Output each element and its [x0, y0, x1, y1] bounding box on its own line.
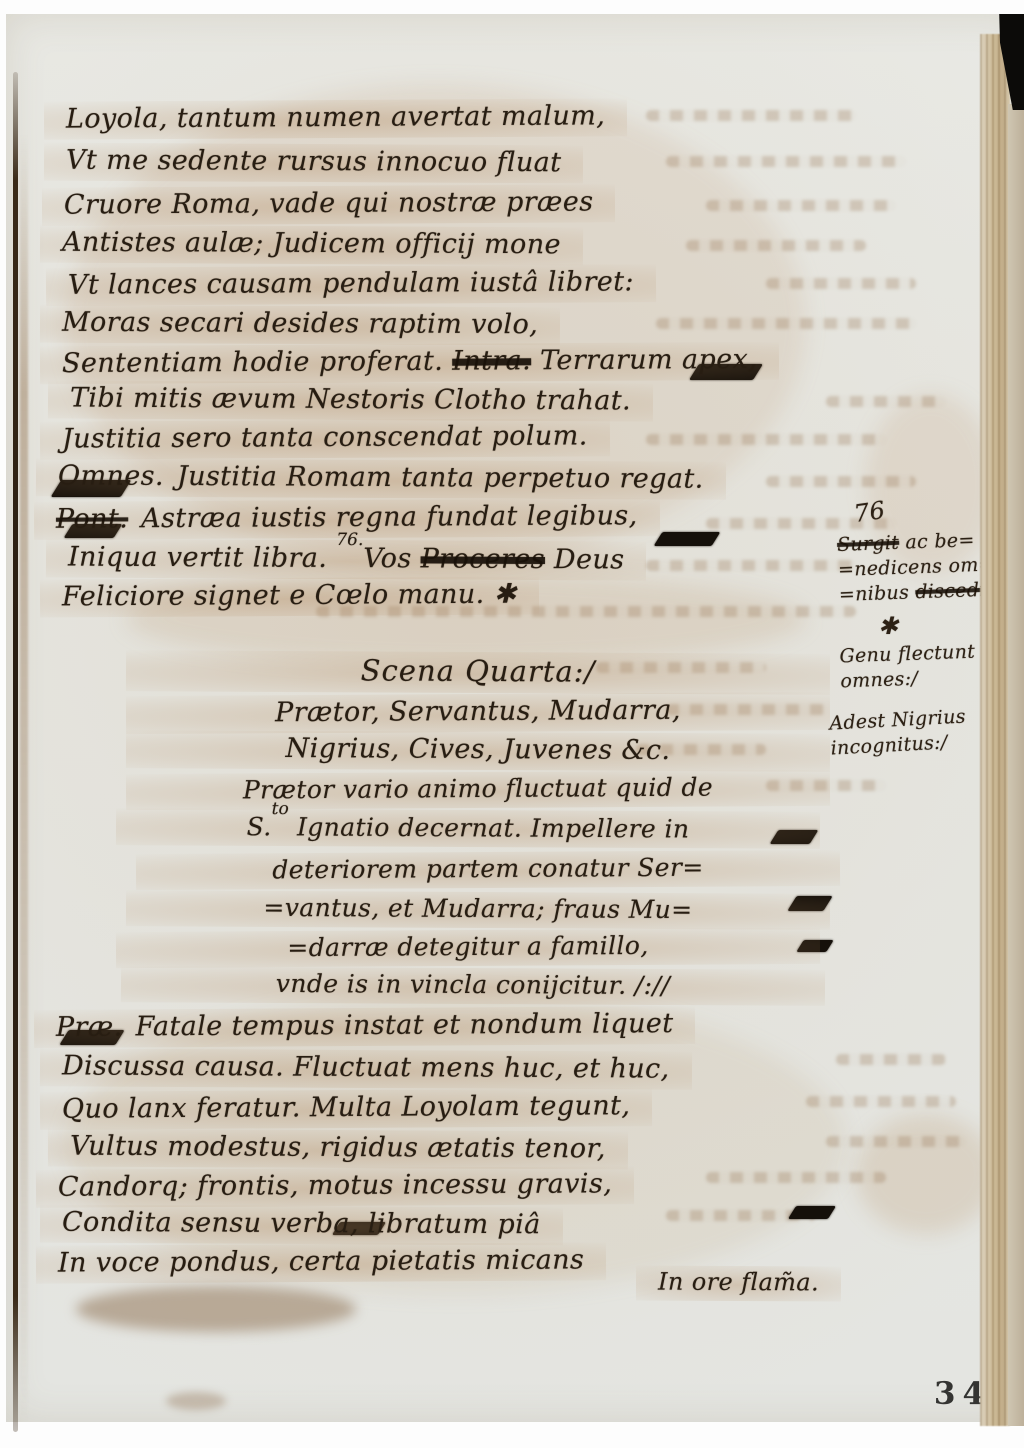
scene-heading: Scena Quarta:/ [126, 650, 830, 695]
ink-blot [654, 532, 721, 546]
synopsis-line: Prætor vario animo fluctuat quid de [126, 770, 830, 810]
struck-word: Intra. [452, 345, 531, 376]
ink-showthrough [706, 200, 896, 211]
page-edge [1008, 104, 1024, 1426]
ink-showthrough [836, 1054, 946, 1065]
superscript-note: 76. [336, 530, 363, 550]
dialogue-line: Quo lanx feratur. Multa Loyolam tegunt, [40, 1088, 653, 1130]
ink-showthrough [706, 1172, 886, 1183]
cast-line: Nigrius, Cives, Juvenes &c. [126, 730, 830, 772]
verse-line: Cruore Roma, vade qui nostræ præes [42, 184, 616, 226]
synopsis-line: =vantus, et Mudarra; fraus Mu= [126, 890, 830, 930]
verse-line: Moras secari desides raptim volo, [40, 305, 560, 346]
ink-showthrough [646, 434, 886, 445]
dialogue-line: Vultus modestus, rigidus ætatis tenor, [48, 1128, 628, 1169]
verse-line: Vt me sedente rursus innocuo fluat [44, 143, 584, 184]
ink-showthrough [666, 156, 906, 167]
dialogue-line: In voce pondus, certa pietatis micans [36, 1242, 606, 1283]
struck-word: Proceres [421, 543, 546, 575]
ink-showthrough [766, 476, 916, 487]
cast-line: Prætor, Servantus, Mudarra, [126, 692, 830, 734]
ink-showthrough [806, 1096, 956, 1107]
superscript-abbrev: to [272, 799, 289, 819]
margin-note-adest: Adest Nigrius incognitus:/ [829, 704, 968, 761]
ink-showthrough [646, 560, 856, 571]
verse-line: Feliciore signet e Cœlo manu. ✱ [40, 576, 539, 617]
verse-line: Antistes aulæ; Judicem officij mone [40, 225, 583, 266]
binding-line [13, 72, 18, 1432]
speaker-label: Præ. [56, 1011, 127, 1042]
synopsis-line: =darræ detegitur a famillo, [116, 928, 820, 968]
struck-word: Surgit [837, 532, 900, 556]
ink-showthrough [826, 1136, 966, 1147]
manuscript-page: Loyola, tantum numen avertat malum, Vt m… [6, 14, 1024, 1422]
ink-showthrough [656, 318, 916, 329]
margin-number: 76 [852, 498, 886, 527]
synopsis-line: vnde is in vincla conijcitur. /:// [121, 966, 825, 1006]
ink-showthrough [646, 110, 856, 121]
dialogue-line: Candorq; frontis, motus incessu gravis, [36, 1166, 634, 1208]
dialogue-line: Condita sensu verba, libratum piâ [40, 1205, 563, 1246]
verse-line: Loyola, tantum numen avertat malum, [44, 98, 627, 140]
speaker-label: Pont. [56, 503, 132, 534]
ink-showthrough [826, 396, 946, 407]
binding-shadow [20, 134, 28, 1424]
speaker-label: Omnes. [58, 460, 168, 492]
ink-blot [788, 1206, 836, 1219]
dialogue-line: Præ. Fatale tempus instat et nondum liqu… [34, 1006, 696, 1048]
verse-line: Sententiam hodie proferat. Intra. Terrar… [40, 342, 779, 385]
catchword: In ore flam̃a. [636, 1265, 841, 1301]
asterisk-mark: ✱ [878, 614, 898, 639]
verse-line: Justitia sero tanta conscendat polum. [40, 418, 610, 459]
dialogue-line: Discussa causa. Fluctuat mens huc, et hu… [40, 1048, 692, 1089]
paper-stain [166, 1392, 226, 1410]
synopsis-line: S.to Ignatio decernat. Impellere in [116, 808, 820, 849]
ink-showthrough [766, 278, 916, 289]
page-edge [980, 34, 1010, 1426]
paper-stain [76, 1286, 356, 1332]
margin-note-genu: Genu flectunt omnes:/ [839, 640, 976, 695]
ink-showthrough [686, 240, 866, 251]
verse-line: Tibi mitis ævum Nestoris Clotho trahat. [48, 380, 653, 421]
synopsis-line: deteriorem partem conatur Ser= [136, 850, 840, 890]
verse-line: Omnes. Justitia Romam tanta perpetuo reg… [36, 458, 726, 500]
verse-line: Iniqua vertit libra. 76.Vos Proceres Deu… [46, 538, 647, 580]
verse-line: Vt lances causam pendulam iustâ libret: [46, 264, 656, 306]
